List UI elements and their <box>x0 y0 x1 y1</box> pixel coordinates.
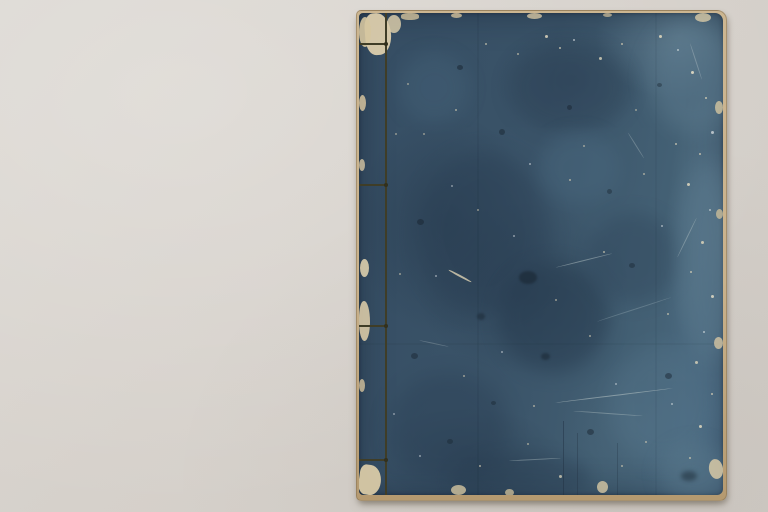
binding-stitch <box>359 459 387 461</box>
binding-stitch <box>359 184 387 186</box>
binding-thread-vertical <box>385 13 387 495</box>
book <box>356 10 727 501</box>
binding-knot <box>384 183 388 187</box>
binding-knot <box>384 42 388 46</box>
binding-knot <box>384 324 388 328</box>
photo-background <box>0 0 768 512</box>
book-cover <box>359 13 723 495</box>
binding-knot <box>384 458 388 462</box>
binding-stitch <box>359 43 387 45</box>
binding-stitch <box>359 325 387 327</box>
stab-binding <box>359 13 723 495</box>
